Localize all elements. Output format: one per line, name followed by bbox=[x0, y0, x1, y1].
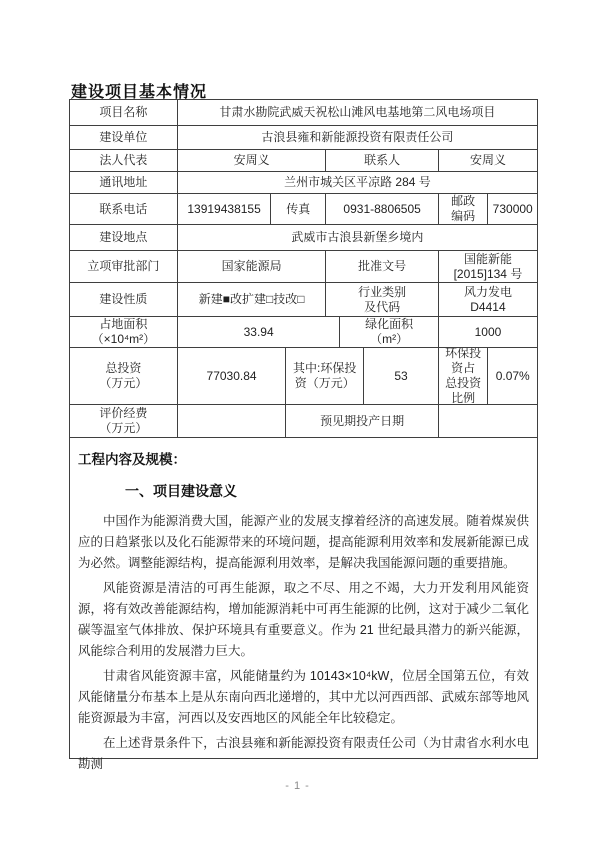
industry-value: 风力发电D4414 bbox=[439, 283, 537, 316]
postal-label: 邮政编码 bbox=[439, 194, 489, 224]
legal-rep-label: 法人代表 bbox=[70, 150, 178, 171]
project-info-table: 项目名称 甘肃水勘院武威天祝松山滩风电基地第二风电场项目 建设单位 古浪县雍和新… bbox=[69, 99, 538, 759]
nature-label: 建设性质 bbox=[70, 283, 178, 316]
evaluation-fee-value bbox=[178, 405, 286, 437]
row-approval: 立项审批部门 国家能源局 批准文号 国能新能[2015]134 号 bbox=[70, 251, 537, 283]
location-label: 建设地点 bbox=[70, 225, 178, 250]
contact-label: 联系人 bbox=[326, 150, 439, 171]
project-content-section: 工程内容及规模： 一、项目建设意义 中国作为能源消费大国，能源产业的发展支撑着经… bbox=[70, 438, 537, 758]
area-label: 占地面积（×10⁴m²） bbox=[70, 317, 178, 347]
address-label: 通讯地址 bbox=[70, 172, 178, 193]
fax-label: 传真 bbox=[271, 194, 326, 224]
row-area: 占地面积（×10⁴m²） 33.94 绿化面积（m²） 1000 bbox=[70, 317, 537, 348]
approval-doc-value: 国能新能[2015]134 号 bbox=[439, 251, 537, 282]
approval-doc-label: 批准文号 bbox=[326, 251, 439, 282]
row-location: 建设地点 武威市古浪县新堡乡境内 bbox=[70, 225, 537, 251]
section-heading: 一、项目建设意义 bbox=[125, 481, 529, 501]
row-builder: 建设单位 古浪县雍和新能源投资有限责任公司 bbox=[70, 126, 537, 150]
phone-value: 13919438155 bbox=[178, 194, 271, 224]
env-investment-label: 其中:环保投资（万元） bbox=[286, 348, 364, 404]
section-title: 工程内容及规模： bbox=[78, 448, 529, 468]
paragraph: 中国作为能源消费大国，能源产业的发展支撑着经济的高速发展。随着煤炭供应的日趋紧张… bbox=[78, 511, 529, 574]
approval-dept-label: 立项审批部门 bbox=[70, 251, 178, 282]
area-value: 33.94 bbox=[178, 317, 341, 347]
production-date-label: 预见期投产日期 bbox=[286, 405, 439, 437]
location-value: 武威市古浪县新堡乡境内 bbox=[178, 225, 537, 250]
approval-dept-value: 国家能源局 bbox=[178, 251, 327, 282]
page-number: - 1 - bbox=[0, 780, 595, 792]
green-area-label: 绿化面积（m²） bbox=[340, 317, 439, 347]
row-nature: 建设性质 新建■改扩建□技改□ 行业类别及代码 风力发电D4414 bbox=[70, 283, 537, 317]
contact-value: 安周义 bbox=[439, 150, 537, 171]
project-name-value: 甘肃水勘院武威天祝松山滩风电基地第二风电场项目 bbox=[178, 100, 537, 125]
row-evaluation: 评价经费（万元） 预见期投产日期 bbox=[70, 405, 537, 438]
row-phone: 联系电话 13919438155 传真 0931-8806505 邮政编码 73… bbox=[70, 194, 537, 225]
phone-label: 联系电话 bbox=[70, 194, 178, 224]
env-ratio-value: 0.07% bbox=[488, 348, 537, 404]
evaluation-fee-label: 评价经费（万元） bbox=[70, 405, 178, 437]
env-investment-value: 53 bbox=[364, 348, 439, 404]
investment-label: 总投资（万元） bbox=[70, 348, 178, 404]
investment-value: 77030.84 bbox=[178, 348, 286, 404]
industry-label: 行业类别及代码 bbox=[326, 283, 439, 316]
postal-value: 730000 bbox=[488, 194, 537, 224]
row-project-name: 项目名称 甘肃水勘院武威天祝松山滩风电基地第二风电场项目 bbox=[70, 100, 537, 126]
legal-rep-value: 安周义 bbox=[178, 150, 327, 171]
document-page: 建设项目基本情况 项目名称 甘肃水勘院武威天祝松山滩风电基地第二风电场项目 建设… bbox=[0, 0, 595, 841]
row-address: 通讯地址 兰州市城关区平凉路 284 号 bbox=[70, 172, 537, 194]
paragraph: 甘肃省风能资源丰富，风能储量约为 10143×10⁴kW，位居全国第五位，有效风… bbox=[78, 666, 529, 729]
address-value: 兰州市城关区平凉路 284 号 bbox=[178, 172, 537, 193]
project-name-label: 项目名称 bbox=[70, 100, 178, 125]
builder-label: 建设单位 bbox=[70, 126, 178, 149]
paragraph: 风能资源是清洁的可再生能源，取之不尽、用之不竭，大力开发利用风能资源，将有效改善… bbox=[78, 578, 529, 662]
fax-value: 0931-8806505 bbox=[326, 194, 439, 224]
env-ratio-label: 环保投资占总投资比例 bbox=[439, 348, 489, 404]
row-investment: 总投资（万元） 77030.84 其中:环保投资（万元） 53 环保投资占总投资… bbox=[70, 348, 537, 405]
production-date-value bbox=[439, 405, 537, 437]
nature-value: 新建■改扩建□技改□ bbox=[178, 283, 327, 316]
paragraph: 在上述背景条件下，古浪县雍和新能源投资有限责任公司（为甘肃省水利水电勘测 bbox=[78, 733, 529, 775]
row-legal-rep: 法人代表 安周义 联系人 安周义 bbox=[70, 150, 537, 172]
builder-value: 古浪县雍和新能源投资有限责任公司 bbox=[178, 126, 537, 149]
green-area-value: 1000 bbox=[439, 317, 537, 347]
